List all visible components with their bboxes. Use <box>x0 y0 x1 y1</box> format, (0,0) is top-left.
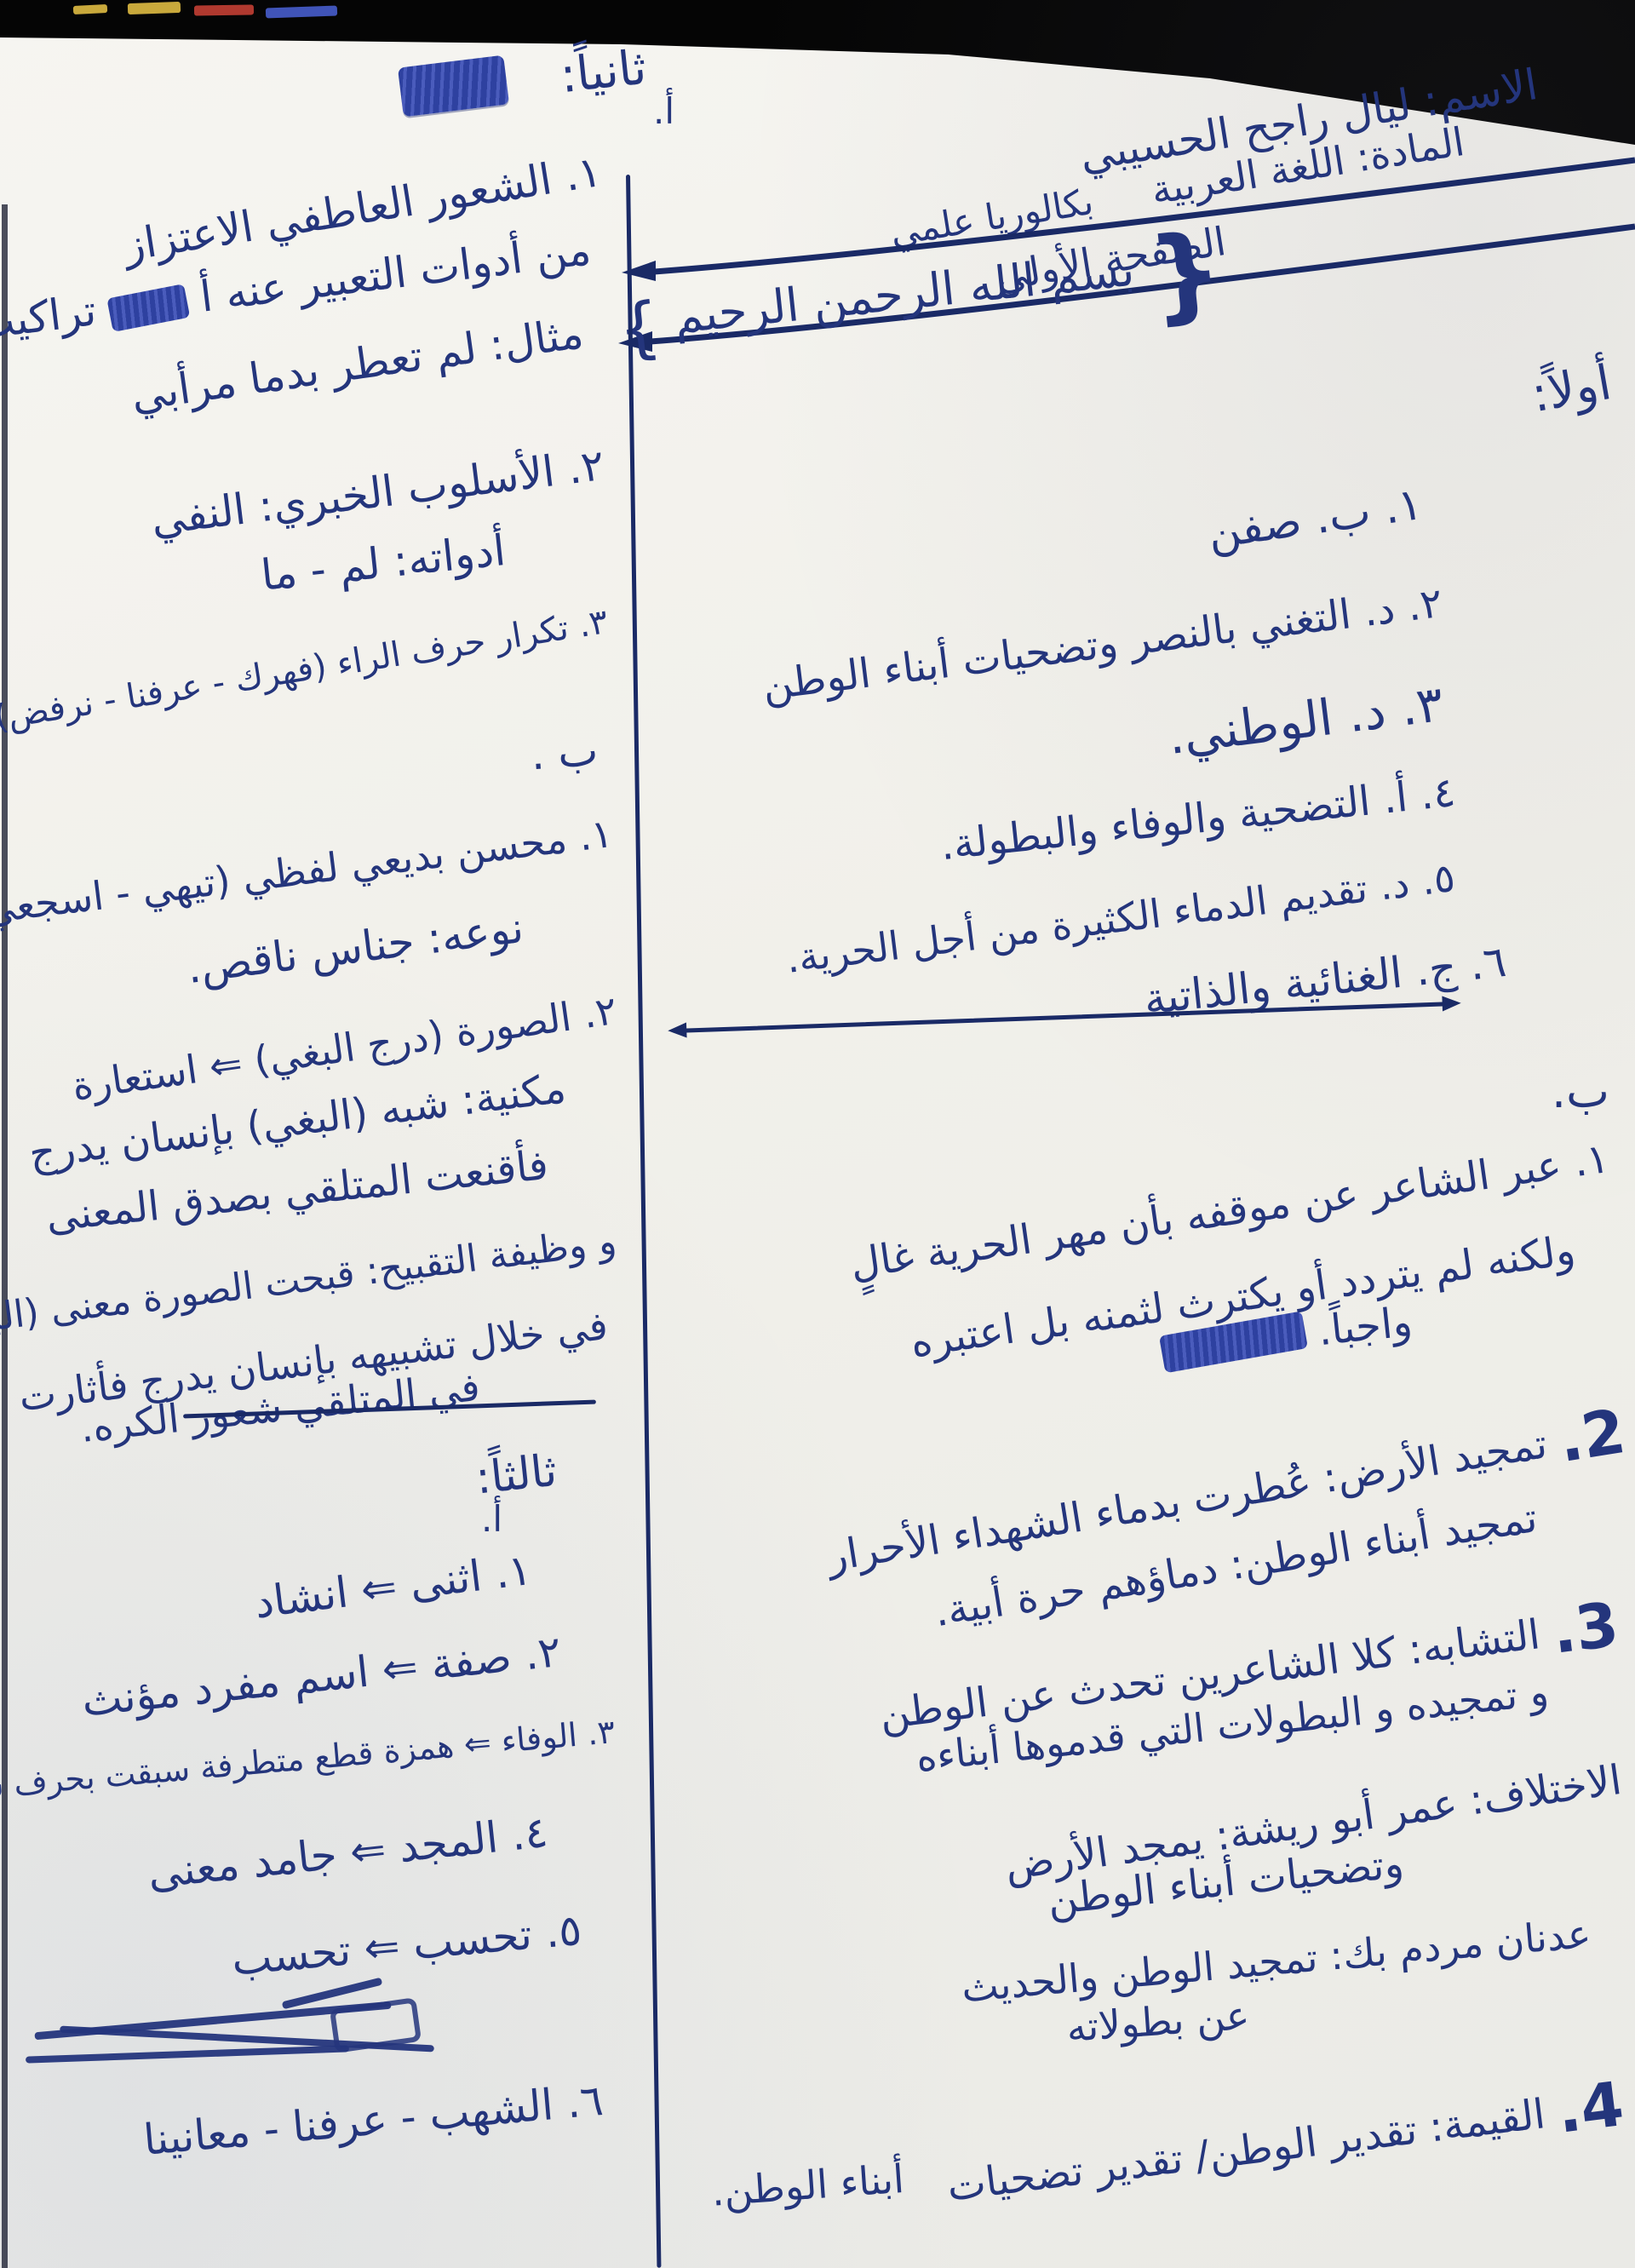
basmala-brace-left: } <box>614 288 664 369</box>
inline-scribble <box>107 284 191 332</box>
photo-artifact <box>73 4 107 14</box>
section-second-sub-a: أ. <box>653 89 674 135</box>
section-b-heading: ب. <box>1552 1063 1609 1121</box>
photo-artifact <box>128 2 181 14</box>
answer-number-4: 4. <box>1552 2068 1626 2147</box>
answer-number-3: 3. <box>1548 1588 1622 1668</box>
b-answer-1-word: واجباً. <box>1316 1298 1414 1355</box>
scanned-exam-page: الاسم: ليال راجح الحسيبي المادة: اللغة ا… <box>0 0 1635 2268</box>
answer-number-2: 2. <box>1553 1395 1630 1476</box>
crossed-out-line-scribble <box>26 1984 434 2082</box>
section-second-heading: ثانياً: <box>557 38 649 106</box>
photo-artifact <box>194 4 254 15</box>
section-third-sub-a: أ. <box>481 1497 502 1542</box>
scribble-stroke <box>26 2045 349 2063</box>
second-b-heading: ب . <box>529 724 599 782</box>
basmala-brace-right: { <box>1144 211 1228 336</box>
paper-left-edge <box>2 204 8 2268</box>
photo-artifact <box>266 6 337 19</box>
